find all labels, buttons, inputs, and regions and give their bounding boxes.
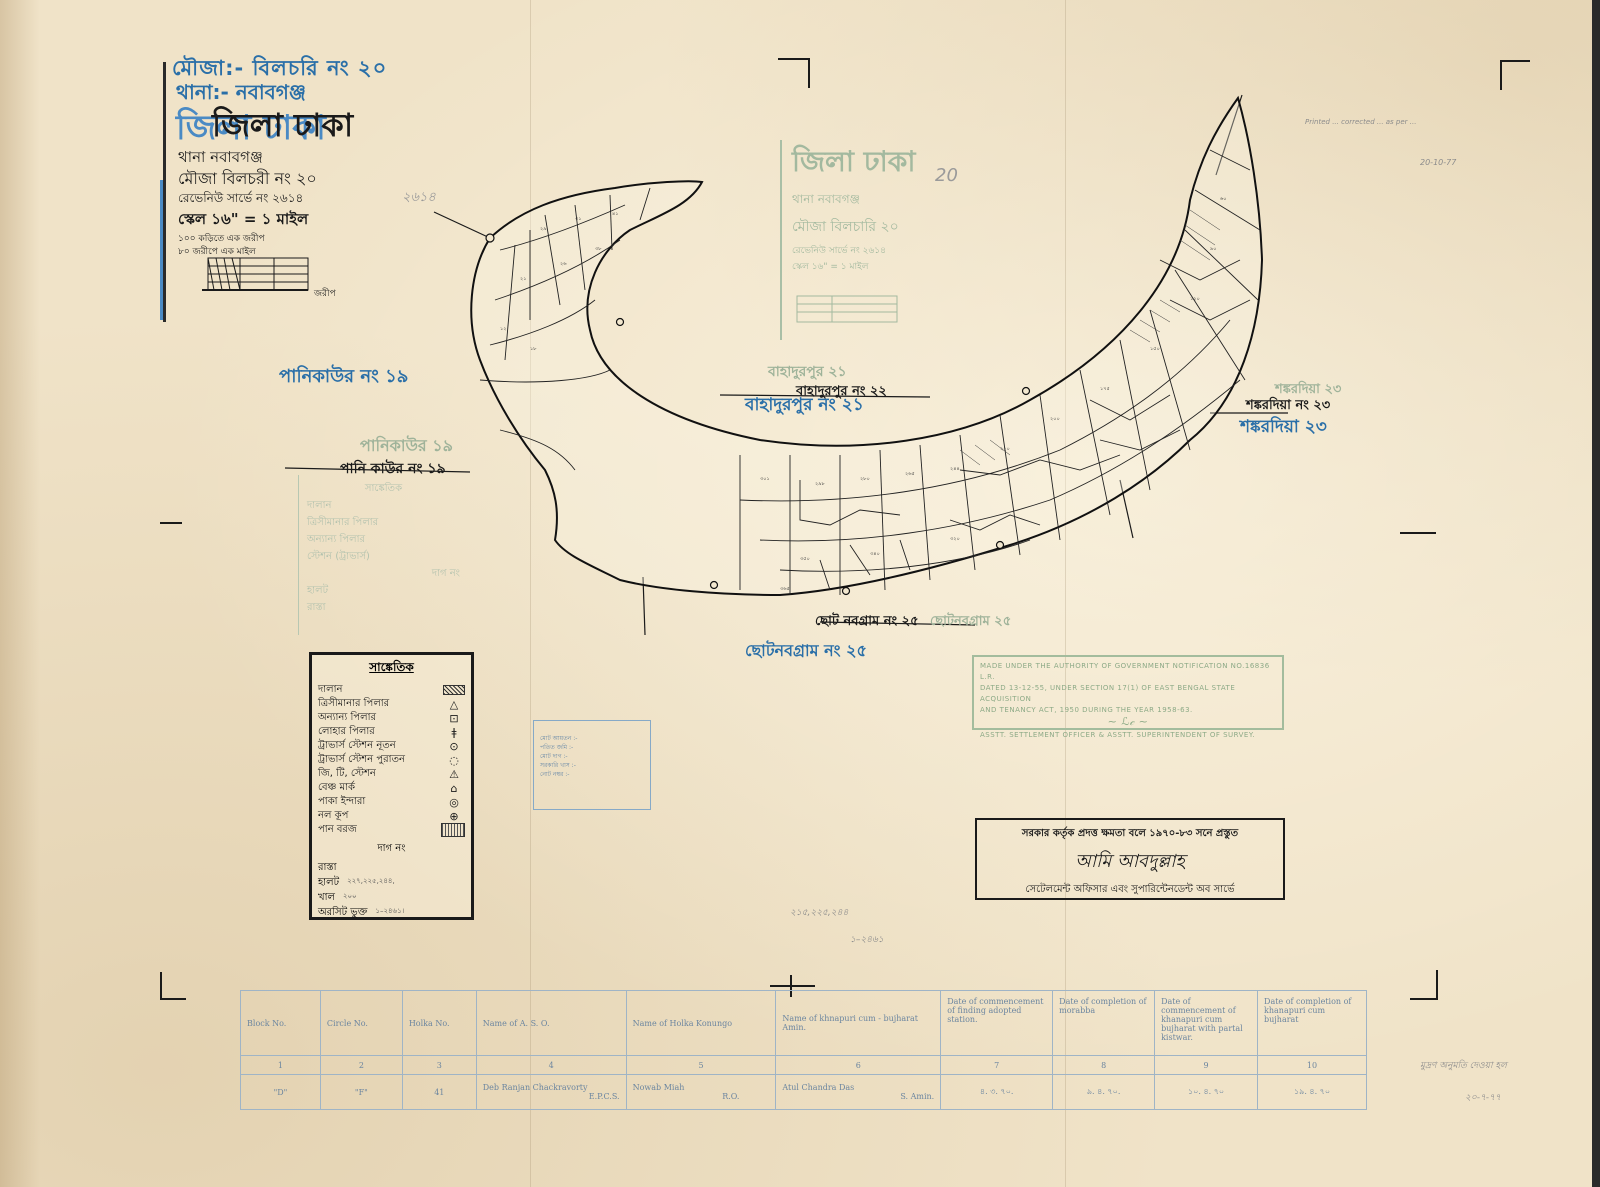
column-number: 3 <box>402 1056 476 1075</box>
cell-date-7: ৪. ৩. ৭০. <box>941 1075 1053 1110</box>
label-bahadurpur-faint: বাহাদুরপুর ২১ <box>768 360 847 384</box>
cell-date-9: ১০. ৪. ৭০ <box>1155 1075 1258 1110</box>
label-chhotonabagram-blue: ছোটনবগ্রাম নং ২৫ <box>745 638 867 665</box>
pencil-note-right-bottom-2: ২০-৭-৭৭ <box>1465 1090 1501 1105</box>
ghost-legend-item: দালান <box>307 498 460 515</box>
ledger-data-row: "D" "F" 41 Deb Ranjan Chackravorty E.P.C… <box>241 1075 1367 1110</box>
header-block-no: Block No. <box>241 991 321 1056</box>
gt-station-triangle-icon: ⚠ <box>443 768 465 781</box>
ghost-legend-item: স্টেশন (ট্রাভার্স) <box>307 549 460 566</box>
header-konungo-name: Name of Holka Konungo <box>626 991 776 1056</box>
svg-text:৩৮: ৩৮ <box>595 246 602 252</box>
header-date-10: Date of completion of khanapuri cum bujh… <box>1258 991 1367 1056</box>
legend-title: সাঙ্কেতিক <box>318 659 465 679</box>
cell-circle: "F" <box>320 1075 402 1110</box>
label-chhotonabagram-faint: ছোটনবগ্রাম ২৫ <box>930 612 1011 633</box>
pencil-note-top-right-sign: 20-10-77 <box>1420 158 1456 167</box>
svg-text:১২০: ১২০ <box>1190 296 1200 302</box>
svg-text:৩২০: ৩২০ <box>950 536 960 542</box>
summary-line: পতিত জমি :- <box>540 742 644 751</box>
svg-text:২৬৫: ২৬৫ <box>905 471 915 477</box>
svg-text:২৬: ২৬ <box>560 261 567 267</box>
svg-text:৩৬৫: ৩৬৫ <box>780 586 790 592</box>
cell-konungo: Nowab Miah R.O. <box>626 1075 776 1110</box>
ghost-legend-item: দাগ নং <box>307 566 460 583</box>
betel-garden-symbol-icon <box>441 823 465 837</box>
svg-text:৩১: ৩১ <box>575 216 582 222</box>
amin-name: Atul Chandra Das <box>782 1083 934 1092</box>
svg-text:১৭৫: ১৭৫ <box>1100 386 1110 392</box>
svg-text:২২০: ২২০ <box>1000 446 1010 452</box>
label-panikaur-faint: পানিকাউর ১৯ <box>360 433 453 460</box>
stamp-line: DATED 13-12-55, UNDER SECTION 17(1) OF E… <box>980 683 1276 705</box>
svg-text:৯০: ৯০ <box>1210 246 1217 252</box>
certification-box: সরকার কর্তৃক প্রদত্ত ক্ষমতা বলে ১৯৭০-৮৩ … <box>975 818 1285 900</box>
cell-holka: 41 <box>402 1075 476 1110</box>
pencil-note-top-right: Printed ... corrected ... as per ... <box>1305 118 1435 126</box>
svg-text:২৯৮: ২৯৮ <box>815 481 825 487</box>
column-number: 8 <box>1053 1056 1155 1075</box>
ghost-legend-item: রাস্তা <box>307 600 460 617</box>
cert-line-3: সেটেলমেন্ট অফিসার এবং সুপারিন্টেনডেন্ট অ… <box>977 882 1283 899</box>
iron-pillar-icon: ǂ <box>443 726 465 739</box>
svg-text:৩৫০: ৩৫০ <box>800 556 810 562</box>
konungo-name: Nowab Miah <box>633 1083 770 1092</box>
summary-line: মোট দাগ :- <box>540 751 644 760</box>
dashed-circle-icon: ◌ <box>443 754 465 767</box>
column-number: 1 <box>241 1056 321 1075</box>
survey-ledger-table: Block No. Circle No. Holka No. Name of A… <box>240 990 1367 1110</box>
pencil-note-center-2: ১–২৪৬১ <box>850 932 884 947</box>
legend-extra-road: রাস্তা <box>318 860 465 875</box>
column-number: 6 <box>776 1056 941 1075</box>
column-number: 2 <box>320 1056 402 1075</box>
bench-mark-icon: ⌂ <box>443 782 465 795</box>
circle-dot-icon: ⊙ <box>443 740 465 753</box>
stamp-signature: ~ ℒ𝒸 ~ <box>980 716 1276 730</box>
cell-aso: Deb Ranjan Chackravorty E.P.C.S. <box>476 1075 626 1110</box>
label-shankardia-blue: শঙ্করদিয়া ২৩ <box>1240 414 1327 442</box>
svg-text:২০০: ২০০ <box>1050 416 1060 422</box>
pencil-note-center-1: ২১৫,২২৫,২৪৪ <box>790 905 848 920</box>
ledger-header-row: Block No. Circle No. Holka No. Name of A… <box>241 991 1367 1056</box>
stamp-line: MADE UNDER THE AUTHORITY OF GOVERNMENT N… <box>980 661 1276 683</box>
cell-date-8: ৯. ৪. ৭০. <box>1053 1075 1155 1110</box>
amin-title: S. Amin. <box>782 1092 934 1101</box>
summary-line: সরকারি খাস :- <box>540 760 644 769</box>
cell-date-10: ১৯. ৪. ৭০ <box>1258 1075 1367 1110</box>
double-circle-icon: ◎ <box>443 796 465 809</box>
header-date-7: Date of commencement of finding adopted … <box>941 991 1053 1056</box>
label-panikaur-blue: পানিকাউর নং ১৯ <box>279 362 408 393</box>
ledger-number-row: 1 2 3 4 5 6 7 8 9 10 <box>241 1056 1367 1075</box>
svg-text:৩০১: ৩০১ <box>760 476 770 482</box>
header-date-8: Date of completion of morabba <box>1053 991 1155 1056</box>
cert-signature: আমি আবদুল্লাহ <box>977 847 1283 878</box>
square-dot-icon: ⊡ <box>443 712 465 725</box>
ghost-legend-item: ত্রিসীমানার পিলার <box>307 515 460 532</box>
building-symbol-icon <box>443 685 465 695</box>
stamp-line: ASSTT. SETTLEMENT OFFICER & ASSTT. SUPER… <box>980 730 1276 741</box>
area-summary-box: মোট আয়তন :- পতিত জমি :- মোট দাগ :- সরকা… <box>533 720 651 810</box>
legend-extra-orsit: অরসিট ভুক্ত১–২৪৬১। <box>318 905 465 920</box>
header-date-9: Date of commencement of khanapuri cum bu… <box>1155 991 1258 1056</box>
header-amin-name: Name of khnapuri cum - bujharat Amin. <box>776 991 941 1056</box>
summary-line: নোট নম্বর :- <box>540 769 644 778</box>
column-number: 5 <box>626 1056 776 1075</box>
column-number: 9 <box>1155 1056 1258 1075</box>
cell-block: "D" <box>241 1075 321 1110</box>
column-number: 10 <box>1258 1056 1367 1075</box>
aso-name: Deb Ranjan Chackravorty <box>483 1083 620 1092</box>
legend-item-betel-garden: পান বরজ <box>318 823 465 837</box>
map-legend: সাঙ্কেতিক দালান ত্রিসীমানার পিলার△ অন্যা… <box>309 652 474 920</box>
ghost-legend-item: হালট <box>307 583 460 600</box>
svg-text:১২: ১২ <box>500 326 507 332</box>
svg-text:১৫০: ১৫০ <box>1150 346 1160 352</box>
header-aso-name: Name of A. S. O. <box>476 991 626 1056</box>
header-circle-no: Circle No. <box>320 991 402 1056</box>
svg-text:২৯: ২৯ <box>540 226 547 232</box>
label-chhotonabagram-black: ছোট নবগ্রাম নং ২৫ <box>815 612 919 633</box>
cert-line-1: সরকার কর্তৃক প্রদত্ত ক্ষমতা বলে ১৯৭০-৮৩ … <box>977 826 1283 843</box>
svg-text:৪১: ৪১ <box>612 211 619 217</box>
aso-title: E.P.C.S. <box>483 1092 620 1101</box>
svg-text:৬০: ৬০ <box>1220 196 1227 202</box>
cell-amin: Atul Chandra Das S. Amin. <box>776 1075 941 1110</box>
ghost-legend-title: সাঙ্কেতিক <box>307 481 460 498</box>
circle-cross-icon: ⊕ <box>443 810 465 823</box>
pencil-note-right-bottom: মুদ্রণ অনুমতি দেওয়া হল <box>1420 1058 1507 1073</box>
label-bahadurpur-blue: বাহাদুরপুর নং ২১ <box>745 392 864 420</box>
legend-dag-header: দাগ নং <box>318 841 465 858</box>
ghost-legend-item: অন্যান্য পিলার <box>307 532 460 549</box>
konungo-title: R.O. <box>633 1092 770 1101</box>
column-number: 7 <box>941 1056 1053 1075</box>
header-holka-no: Holka No. <box>402 991 476 1056</box>
faded-legend: সাঙ্কেতিক দালান ত্রিসীমানার পিলার অন্যান… <box>298 475 468 635</box>
svg-text:৩৪০: ৩৪০ <box>870 551 880 557</box>
svg-text:২৮০: ২৮০ <box>860 476 870 482</box>
svg-text:১৮: ১৮ <box>530 346 537 352</box>
svg-text:২১: ২১ <box>520 276 527 282</box>
legend-extra-halot: হালট২২৭,২২৫,২৪৪, <box>318 875 465 890</box>
government-authority-stamp: MADE UNDER THE AUTHORITY OF GOVERNMENT N… <box>972 655 1284 730</box>
triangle-icon: △ <box>443 698 465 711</box>
column-number: 4 <box>476 1056 626 1075</box>
svg-text:২৪৪: ২৪৪ <box>950 466 960 472</box>
legend-extra-canal: খাল২০০ <box>318 890 465 905</box>
summary-line: মোট আয়তন :- <box>540 733 644 742</box>
